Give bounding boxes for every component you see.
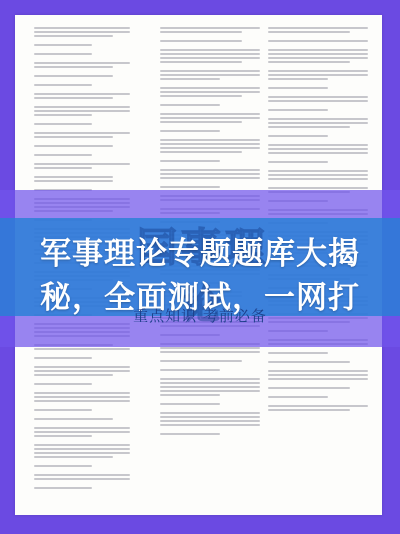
banner-title-line1: 军事理论专题题库大揭: [0, 232, 400, 276]
banner-subtitle: 重点知识 考前必备: [0, 305, 400, 326]
